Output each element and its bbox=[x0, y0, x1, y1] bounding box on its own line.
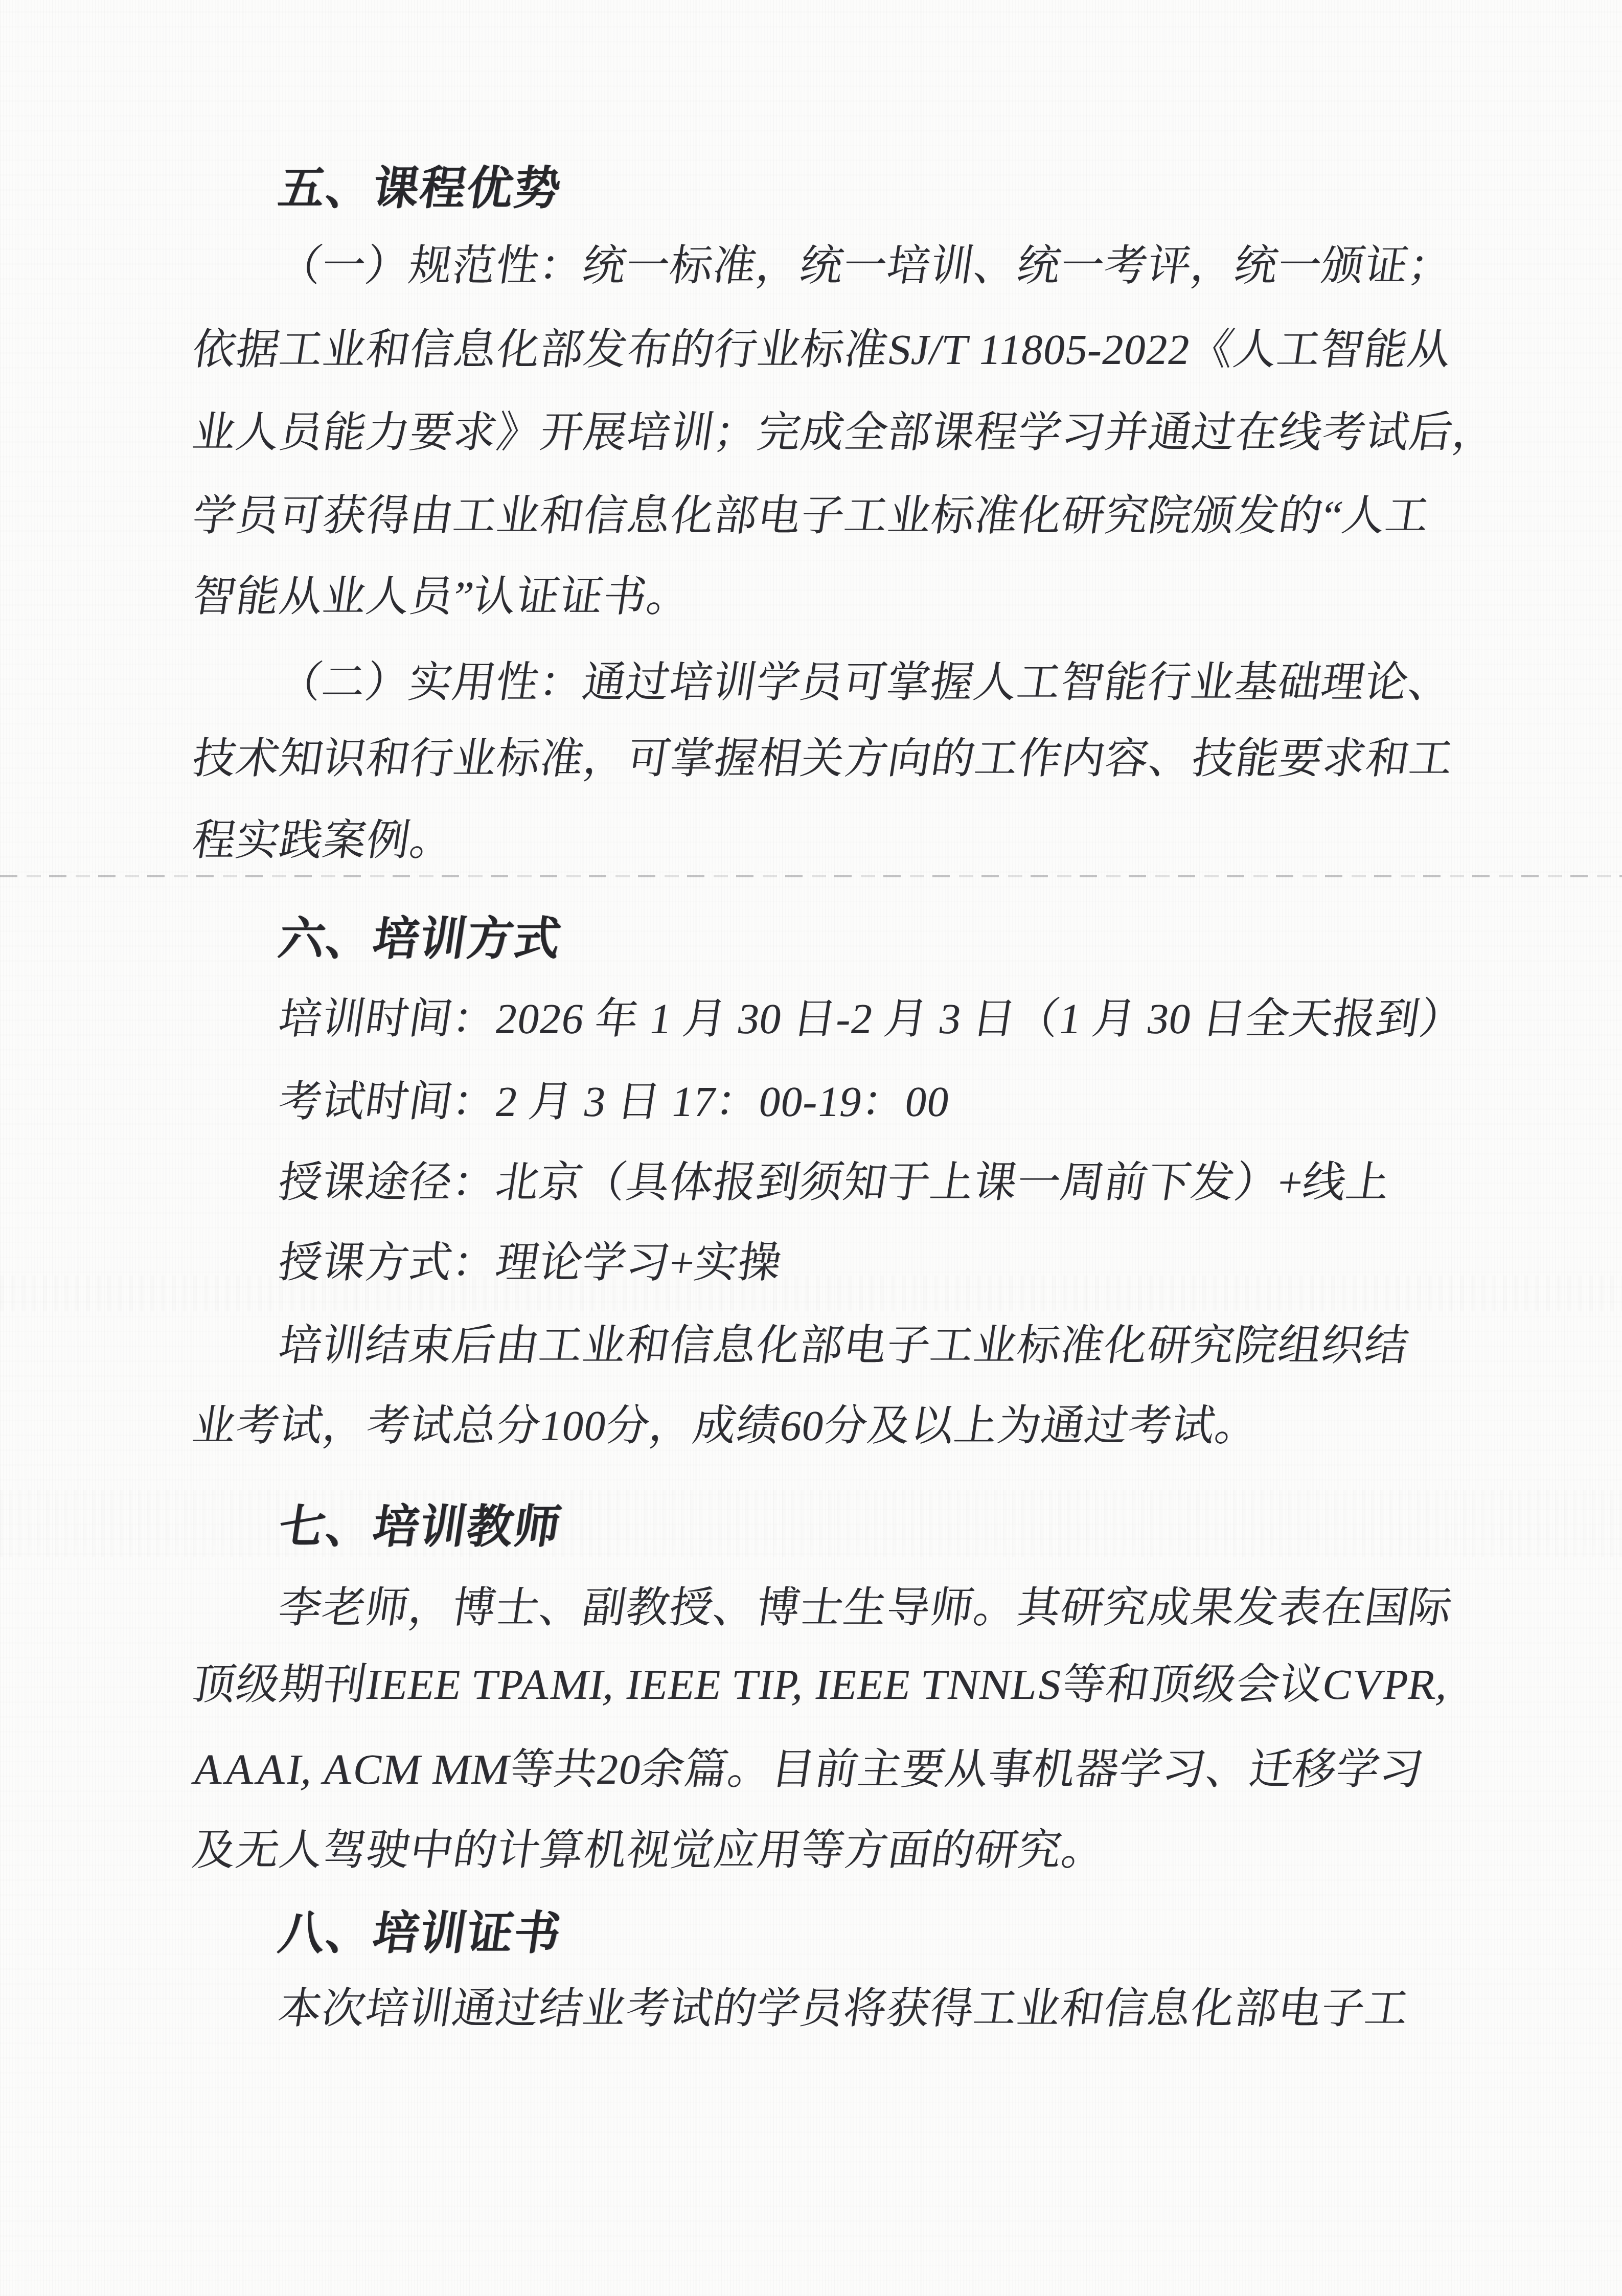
heading-training-teachers: 七、培训教师 bbox=[275, 1501, 565, 1554]
body-line-exam-time: 考试时间：2 月 3 日 17：00-19：00 bbox=[275, 1078, 953, 1127]
body-line-teacher-1: 李老师，博士、副教授、博士生导师。其研究成果发表在国际 bbox=[275, 1584, 1455, 1633]
scan-noise-band bbox=[0, 1276, 1622, 1311]
body-line-certificate-1: 本次培训通过结业考试的学员将获得工业和信息化部电子工 bbox=[275, 1985, 1412, 2034]
body-line-practicality-1: （二）实用性：通过培训学员可掌握人工智能行业基础理论、 bbox=[275, 658, 1455, 708]
body-line-practicality-3: 程实践案例。 bbox=[189, 816, 457, 866]
body-line-teacher-3: AAAI, ACM MM等共20余篇。目前主要从事机器学习、迁移学习 bbox=[189, 1745, 1427, 1795]
body-line-teaching-mode: 授课方式：理论学习+实操 bbox=[275, 1239, 785, 1288]
body-line-standardization-5: 智能从业人员”认证证书。 bbox=[189, 573, 694, 622]
body-line-standardization-3: 业人员能力要求》开展培训；完成全部课程学习并通过在线考试后， bbox=[189, 408, 1500, 458]
body-line-standardization-1: （一）规范性：统一标准，统一培训、统一考评，统一颁证； bbox=[275, 242, 1455, 291]
body-line-training-time: 培训时间：2026 年 1 月 30 日-2 月 3 日（1 月 30 日全天报… bbox=[275, 995, 1467, 1044]
body-line-final-exam-2: 业考试，考试总分100分，成绩60分及以上为通过考试。 bbox=[189, 1402, 1262, 1451]
body-line-standardization-4: 学员可获得由工业和信息化部电子工业标准化研究院颁发的“人工 bbox=[189, 492, 1433, 541]
scan-artifact-line bbox=[0, 875, 1622, 877]
body-line-standardization-2: 依据工业和信息化部发布的行业标准SJ/T 11805-2022《人工智能从 bbox=[189, 326, 1455, 375]
body-line-teacher-4: 及无人驾驶中的计算机视觉应用等方面的研究。 bbox=[189, 1826, 1109, 1876]
heading-training-method: 六、培训方式 bbox=[275, 913, 565, 966]
body-line-teaching-route: 授课途径：北京（具体报到须知于上课一周前下发）+线上 bbox=[275, 1158, 1393, 1208]
heading-training-certificate: 八、培训证书 bbox=[275, 1907, 565, 1961]
body-line-final-exam-1: 培训结束后由工业和信息化部电子工业标准化研究院组织结 bbox=[275, 1322, 1412, 1371]
scanned-document-page: 五、课程优势 （一）规范性：统一标准，统一培训、统一考评，统一颁证； 依据工业和… bbox=[0, 0, 1622, 2296]
body-line-teacher-2: 顶级期刊IEEE TPAMI, IEEE TIP, IEEE TNNLS等和顶级… bbox=[189, 1661, 1452, 1710]
body-line-practicality-2: 技术知识和行业标准，可掌握相关方向的工作内容、技能要求和工 bbox=[189, 735, 1456, 784]
heading-course-advantages: 五、课程优势 bbox=[275, 163, 565, 216]
scan-noise-band bbox=[0, 1490, 1622, 1557]
